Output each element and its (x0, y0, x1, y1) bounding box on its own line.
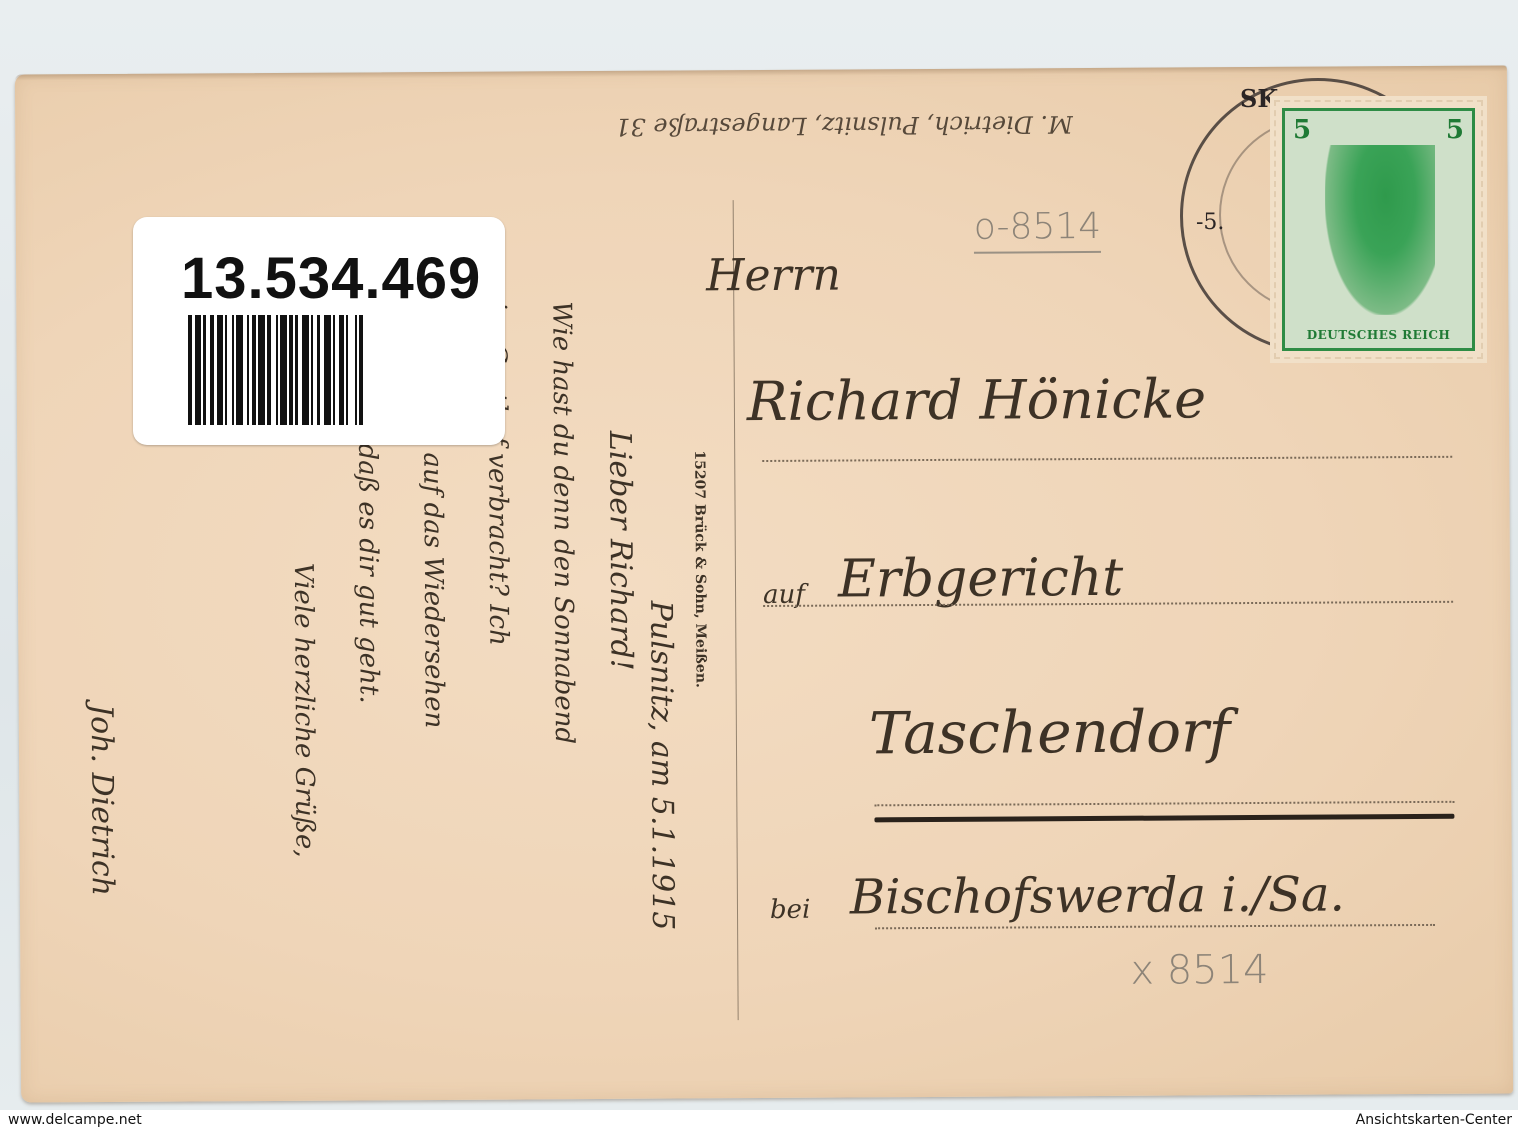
message-greeting: Lieber Richard! (602, 431, 638, 671)
barcode-bar (302, 315, 309, 425)
address-line-1 (762, 456, 1452, 462)
barcode-bar (324, 315, 331, 425)
germania-portrait-icon (1325, 145, 1435, 315)
sender-line: M. Dietrich, Pulsnitz, Langestraße 31 (615, 110, 1073, 141)
inventory-label: 13.534.469 (133, 217, 505, 445)
barcode-bar (280, 315, 287, 425)
message-place-date: Pulsnitz, am 5.1.1915 (643, 601, 680, 931)
watermark-bar: www.delcampe.net Ansichtskarten-Center (0, 1110, 1518, 1131)
publisher-imprint: 15207 Brück & Sohn, Meißen. (691, 450, 708, 688)
stamp-frame: 5 5 DEUTSCHES REICH (1282, 108, 1475, 351)
barcode-bar (236, 315, 243, 425)
address-line4: Bischofswerda i./Sa. (850, 866, 1345, 925)
address-city: Taschendorf (869, 697, 1231, 767)
address-salutation: Herrn (706, 250, 841, 302)
address-line4-prefix: bei (770, 895, 811, 925)
pencil-note-top: o-8514 (974, 206, 1102, 254)
postmark-text: SK (1240, 84, 1278, 113)
address-line2: Erbgericht (838, 548, 1124, 610)
barcode-bar (258, 315, 265, 425)
barcode-space (363, 315, 365, 425)
postage-stamp: 5 5 DEUTSCHES REICH (1274, 100, 1483, 359)
pencil-note-bottom: x 8514 (1130, 947, 1268, 994)
message-line: Viele herzliche Grüße, (288, 563, 320, 858)
inventory-number: 13.534.469 (181, 245, 481, 312)
barcode (188, 315, 453, 425)
watermark-left: www.delcampe.net (8, 1112, 142, 1128)
address-line-3 (874, 801, 1454, 807)
address-name: Richard Hönicke (747, 367, 1207, 433)
message-signature: Joh. Dietrich (84, 704, 120, 896)
barcode-bar (217, 315, 224, 425)
stamp-country: DEUTSCHES REICH (1293, 328, 1464, 342)
watermark-right: Ansichtskarten-Center (1356, 1112, 1512, 1128)
stamp-value-left: 5 (1293, 115, 1311, 145)
postmark-date: -5. (1196, 210, 1224, 235)
barcode-bar (195, 315, 202, 425)
address-city-underline (874, 814, 1454, 823)
divider-line (733, 200, 739, 1020)
message-line: Wie hast du denn den Sonnabend (546, 301, 579, 744)
stamp-value-right: 5 (1446, 115, 1464, 145)
barcode-space (348, 315, 355, 425)
